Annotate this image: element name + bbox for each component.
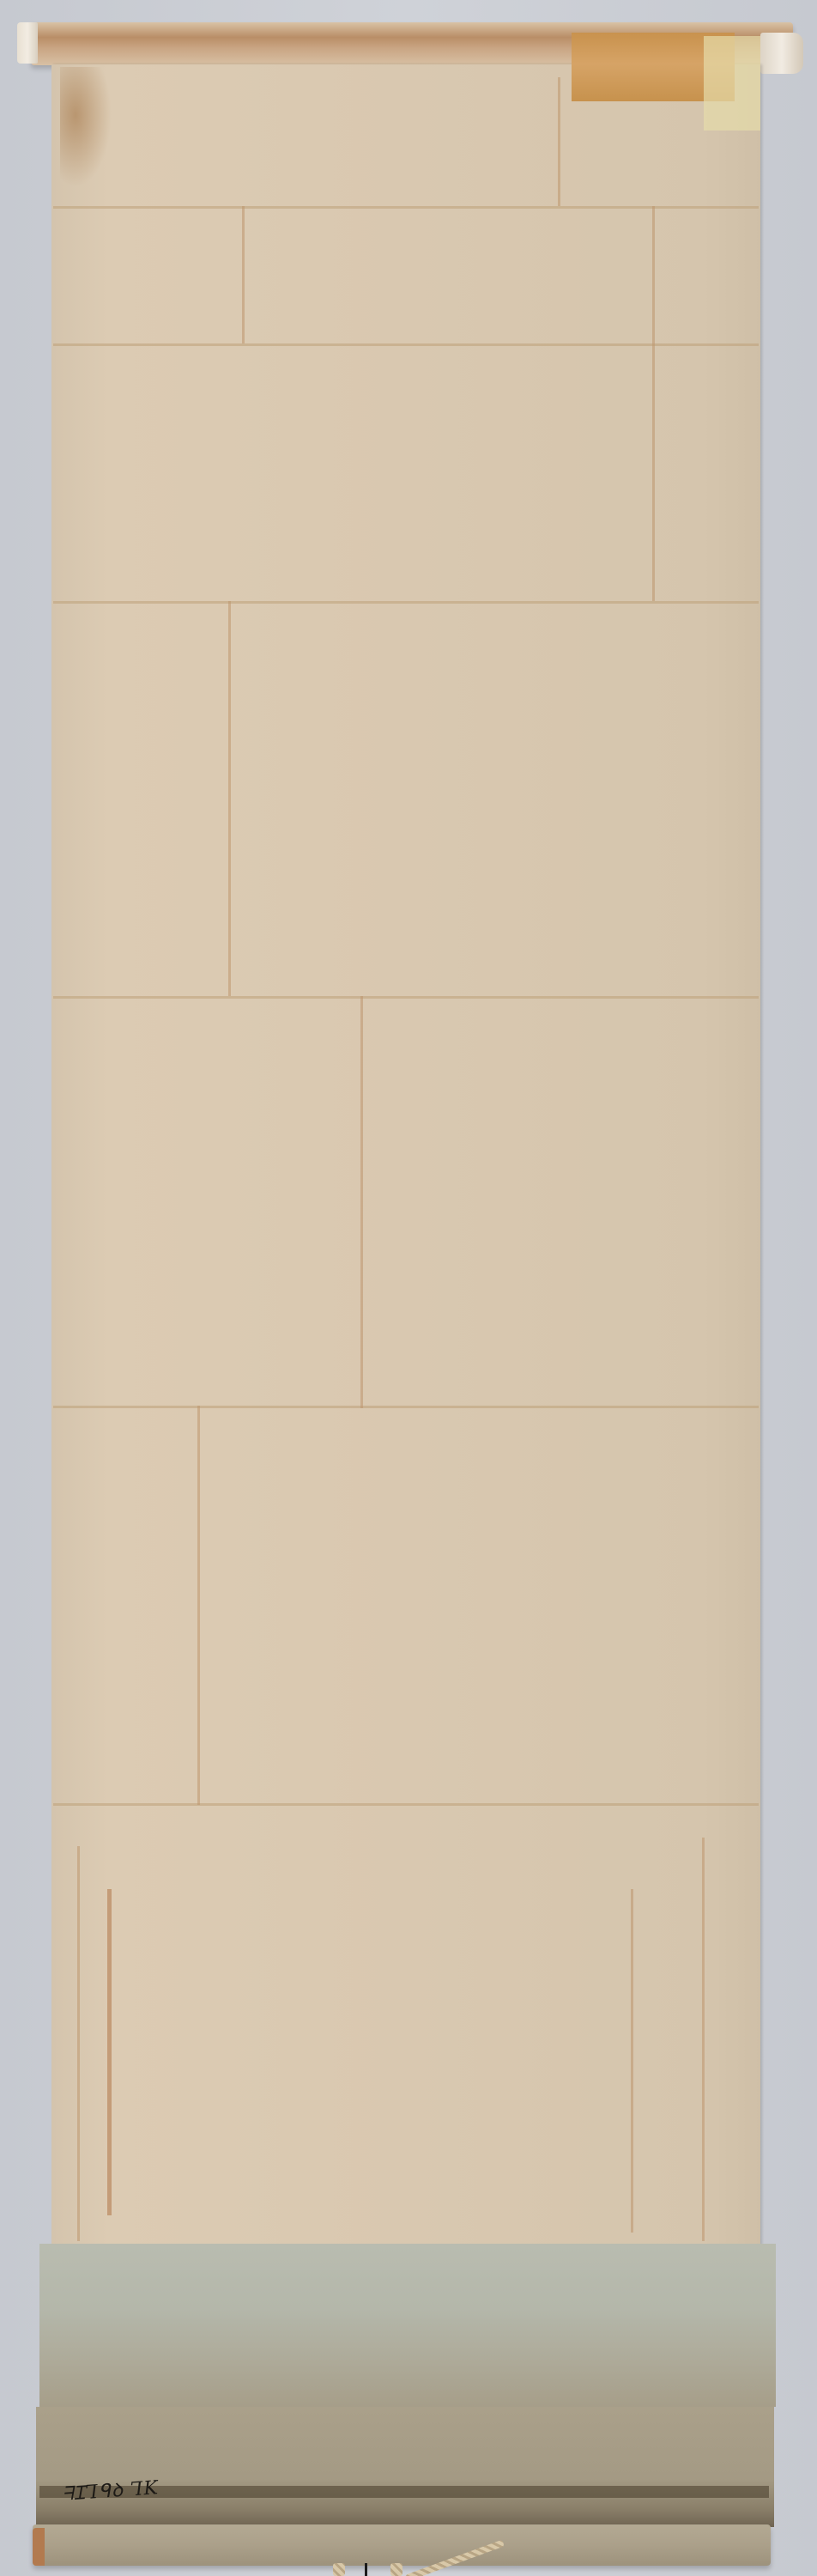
panel-seam (53, 1406, 759, 1408)
panel-seam (53, 601, 759, 604)
roller-cap-left (17, 22, 38, 64)
lower-mounting-band (36, 2407, 774, 2527)
panel-seam-vertical (702, 1838, 705, 2241)
clear-repair-tape (704, 36, 760, 131)
panel-seam-vertical (242, 206, 245, 343)
roller-cap-right (760, 33, 803, 74)
panel-seam (53, 1803, 759, 1806)
hanging-cord (390, 2563, 402, 2576)
panel-seam-vertical (197, 1406, 200, 1805)
water-stain (60, 67, 112, 187)
bottom-roller (33, 2524, 771, 2566)
panel-seam-vertical (228, 601, 231, 996)
silk-band (39, 2244, 776, 2407)
panel-seam-vertical (652, 206, 655, 601)
panel-seam-vertical (77, 1846, 80, 2241)
panel-seam-vertical (631, 1889, 633, 2233)
panel-seam (53, 996, 759, 999)
panel-seam-vertical (558, 77, 560, 206)
hanging-cord (333, 2563, 345, 2576)
roller-end-left (33, 2528, 45, 2566)
panel-seam-vertical (360, 996, 363, 1408)
black-string (365, 2563, 367, 2576)
panel-seam-vertical (107, 1889, 112, 2215)
